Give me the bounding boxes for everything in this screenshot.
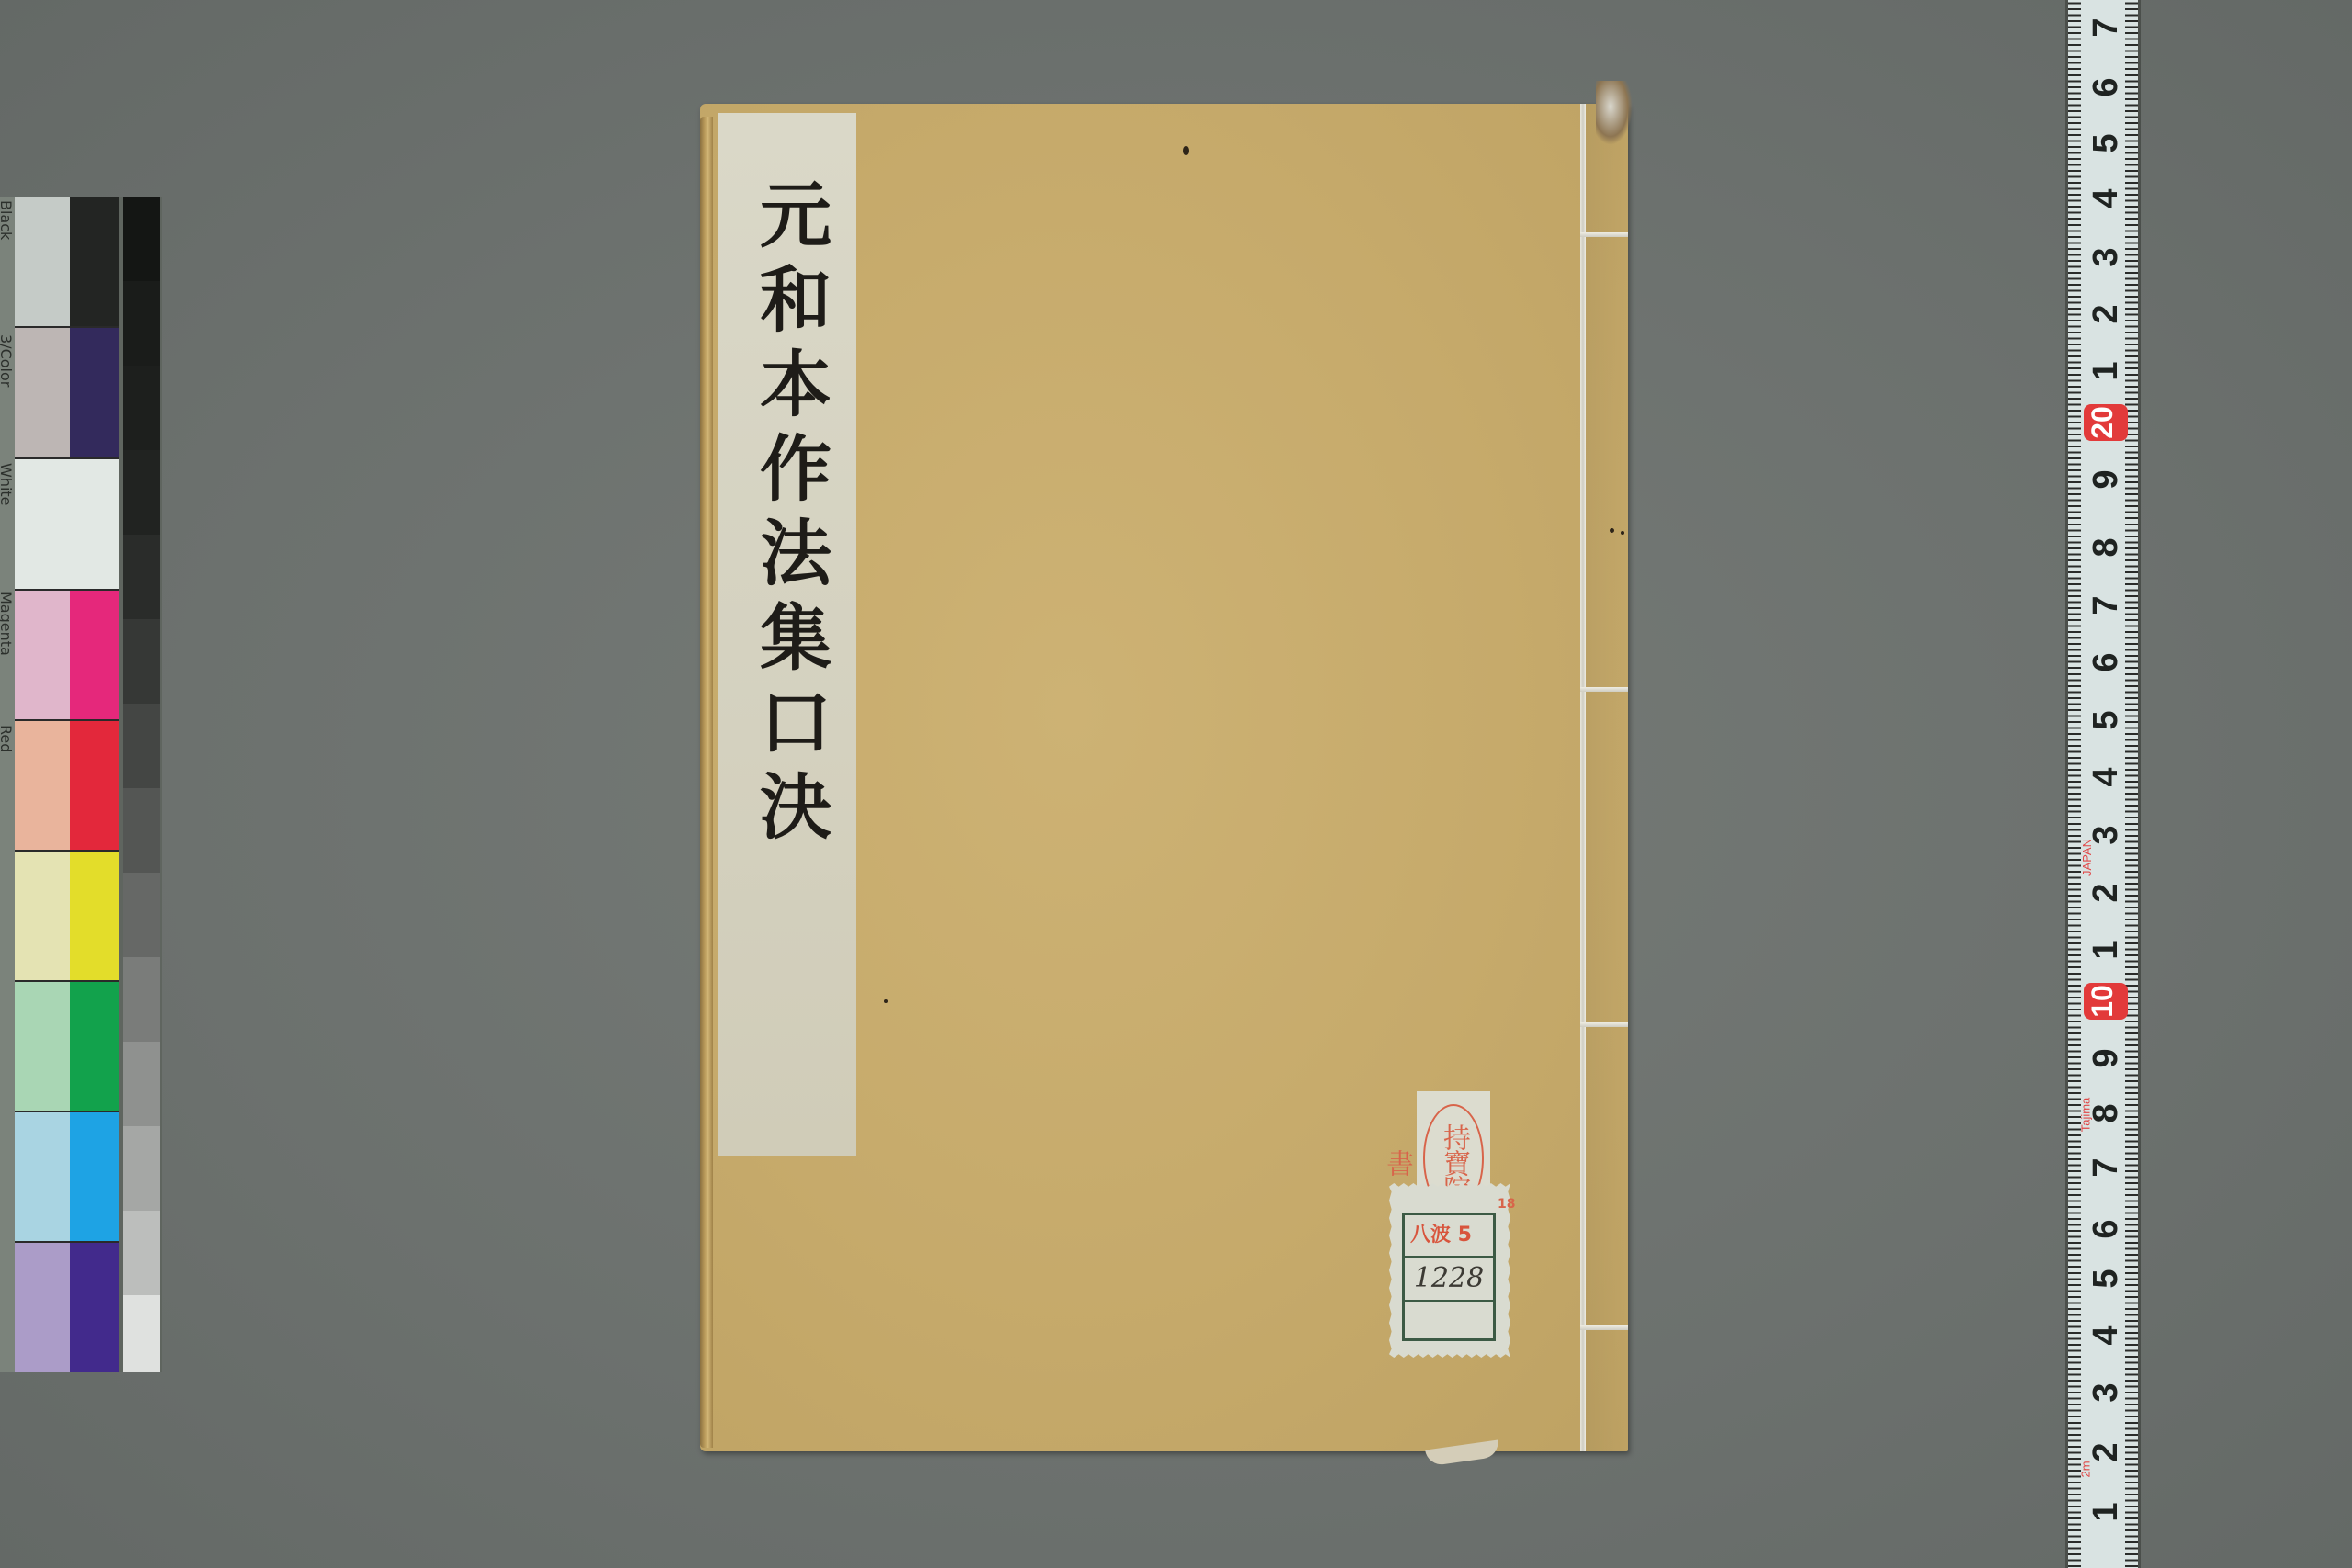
book-title: 元和本作法集口決 — [739, 177, 840, 853]
cover-speck — [1183, 146, 1189, 155]
binding-stitch — [1580, 1325, 1628, 1330]
ruler-number: 7 — [2087, 590, 2124, 621]
gray-step — [123, 1295, 160, 1372]
ruler-number: 2 — [2087, 299, 2124, 330]
patch-light-gray — [15, 197, 70, 328]
checker-label: Black — [0, 200, 13, 329]
paper-flap — [1425, 1440, 1500, 1467]
ruler-number: 5 — [2087, 1263, 2124, 1294]
patch-light-yellow — [15, 852, 70, 982]
title-slip: 元和本作法集口決 — [718, 113, 856, 1156]
ruler-number: 2 — [2087, 1437, 2124, 1468]
patch-magenta — [70, 591, 119, 721]
cover-speck — [1610, 528, 1614, 533]
checker-light-column — [15, 197, 70, 1372]
checker-label: 3/Color — [0, 334, 13, 463]
patch-blue — [70, 1243, 119, 1372]
binding-stitch — [1580, 1022, 1628, 1027]
ruler-number: 6 — [2087, 647, 2124, 678]
patch-cyan — [70, 1112, 119, 1243]
gray-step — [123, 1211, 160, 1295]
checker-label: White — [0, 463, 13, 592]
call-number-box: 八波 5 1228 — [1402, 1213, 1496, 1341]
book-page-edge — [700, 117, 713, 1448]
checker-gray-scale — [123, 197, 160, 1372]
spine-shadow — [1586, 104, 1628, 1451]
ruler-number-highlight: 20 — [2084, 404, 2128, 441]
call-number-label: 八波 5 1228 — [1389, 1183, 1510, 1358]
ruler-number: 1 — [2087, 934, 2124, 965]
gray-step — [123, 788, 160, 873]
ruler-number: 7 — [2087, 1152, 2124, 1183]
book-cover: 元和本作法集口決 持寶院書 八波 5 1228 18 — [700, 104, 1628, 1451]
patch-white — [15, 459, 70, 591]
patch-light-blue — [15, 1243, 70, 1372]
ruler-number: 6 — [2087, 1213, 2124, 1245]
ruler-number: 8 — [2087, 532, 2124, 563]
patch-light-green — [15, 982, 70, 1112]
patch-light-magenta — [15, 591, 70, 721]
gray-step — [123, 197, 160, 281]
ruler-number: 9 — [2087, 1043, 2124, 1074]
ruler-number: 3 — [2087, 1377, 2124, 1408]
ruler-number: 2 — [2087, 877, 2124, 908]
patch-black — [70, 197, 119, 328]
gray-step — [123, 957, 160, 1042]
ruler-ticks-left — [2068, 0, 2088, 1568]
ruler-brand: Tajima — [2078, 1098, 2092, 1133]
ruler-number: 4 — [2087, 761, 2124, 793]
patch-light-cyan — [15, 1112, 70, 1243]
binding-stitch — [1580, 232, 1628, 237]
ruler-number: 1 — [2087, 1496, 2124, 1528]
torn-binding-tie — [1596, 81, 1633, 145]
ruler-number: 9 — [2087, 464, 2124, 495]
measuring-ruler: 7 6 5 4 3 2 1 20 9 8 7 6 5 4 3 2 JAPAN 1… — [2065, 0, 2141, 1568]
gray-step — [123, 619, 160, 704]
ruler-number: 7 — [2087, 12, 2124, 43]
patch-green — [70, 982, 119, 1112]
ruler-number: 4 — [2087, 1320, 2124, 1351]
ruler-number: 5 — [2087, 128, 2124, 159]
patch-yellow — [70, 852, 119, 982]
gray-step — [123, 704, 160, 788]
gray-step — [123, 535, 160, 619]
color-checker: Black 3/Color White Magenta Red — [0, 197, 162, 1372]
gray-step — [123, 281, 160, 366]
checker-label: Magenta — [0, 592, 13, 720]
checker-saturated-column — [70, 197, 119, 1372]
ruler-number: 6 — [2087, 72, 2124, 103]
ruler-origin-text: JAPAN — [2080, 839, 2094, 876]
patch-light-red — [15, 721, 70, 852]
patch-3color — [70, 328, 119, 459]
ruler-number-highlight: 10 — [2084, 983, 2128, 1020]
binding-stitch — [1580, 687, 1628, 692]
cover-speck — [884, 999, 888, 1003]
patch-light-3color — [15, 328, 70, 459]
patch-red — [70, 721, 119, 852]
gray-step — [123, 450, 160, 535]
call-number: 1228 — [1405, 1258, 1493, 1302]
binding-thread — [1580, 104, 1586, 1451]
ruler-number: 1 — [2087, 355, 2124, 387]
gray-step — [123, 1042, 160, 1126]
gray-step — [123, 1126, 160, 1211]
checker-label-strip: Black 3/Color White Magenta Red — [0, 197, 15, 1372]
ruler-number: 4 — [2087, 183, 2124, 214]
ruler-number: 5 — [2087, 705, 2124, 736]
ruler-number: 8 — [2087, 1098, 2124, 1129]
gray-step — [123, 366, 160, 450]
call-mark: 18 — [1498, 1197, 1515, 1212]
gray-step — [123, 873, 160, 957]
ruler-number: 3 — [2087, 242, 2124, 273]
cover-speck — [1621, 531, 1624, 535]
checker-label: Red — [0, 725, 13, 853]
patch-white-2 — [70, 459, 119, 591]
call-classification: 八波 5 — [1405, 1215, 1493, 1258]
